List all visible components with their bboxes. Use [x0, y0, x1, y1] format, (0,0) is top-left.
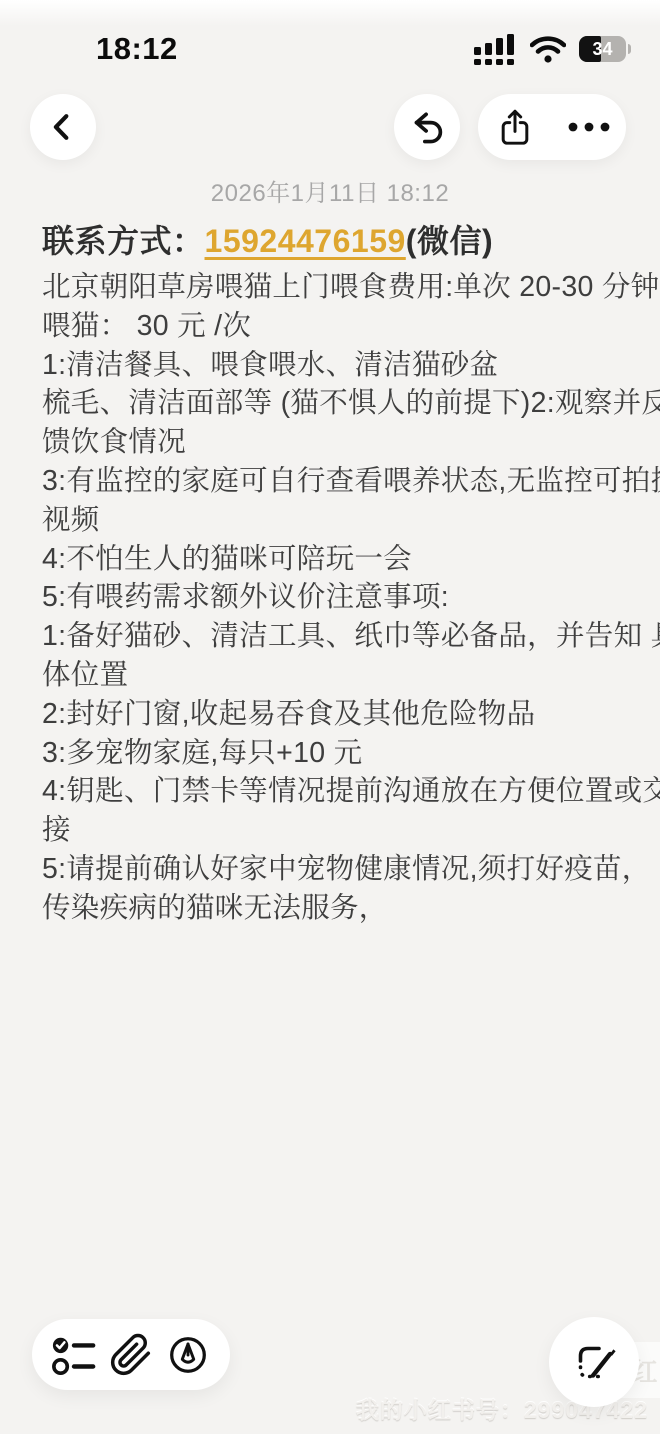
- status-time: 18:12: [96, 31, 178, 67]
- note-line: 传染疾病的猫咪无法服务，: [42, 889, 630, 928]
- share-button[interactable]: [478, 94, 552, 160]
- note-line: 北京朝阳草房喂猫上门喂食费用:单次 20-30 分钟: [42, 268, 630, 307]
- status-bar-icons: 34: [473, 33, 626, 65]
- cellular-signal-icon: [473, 33, 517, 65]
- battery-nub: [628, 44, 632, 54]
- markup-button[interactable]: [162, 1325, 214, 1385]
- compose-button[interactable]: [549, 1317, 639, 1407]
- contact-phone-link[interactable]: 15924476159: [205, 223, 406, 259]
- notes-app-screen: 18:12 34: [0, 0, 660, 1434]
- battery-percent: 34: [579, 36, 626, 62]
- note-line: 接: [42, 811, 630, 850]
- more-button[interactable]: [552, 94, 626, 160]
- wifi-icon: [530, 36, 566, 63]
- contact-line: 联系方式：15924476159(微信): [42, 216, 630, 262]
- note-line: 喂猫： 30 元 /次: [42, 307, 630, 346]
- battery-icon: 34: [579, 36, 626, 62]
- chevron-left-icon: [43, 107, 83, 147]
- undo-button[interactable]: [394, 94, 460, 160]
- actions-pill: [478, 94, 626, 160]
- undo-icon: [406, 106, 448, 148]
- note-line: 1:清洁餐具、喂食喂水、清洁猫砂盆: [42, 346, 630, 385]
- note-line: 梳毛、清洁面部等 (猫不惧人的前提下)2:观察并反: [42, 384, 630, 423]
- attachment-button[interactable]: [105, 1325, 157, 1385]
- back-button[interactable]: [30, 94, 96, 160]
- ellipsis-icon: [567, 121, 611, 133]
- bottom-toolbar: [32, 1319, 230, 1390]
- note-line: 2:封好门窗,收起易吞食及其他危险物品: [42, 695, 630, 734]
- paperclip-icon: [109, 1333, 153, 1377]
- compose-icon: [570, 1338, 618, 1386]
- note-line: 3:多宠物家庭,每只+10 元: [42, 734, 630, 773]
- note-line: 馈饮食情况: [42, 423, 630, 462]
- note-line: 1:备好猫砂、清洁工具、纸巾等必备品，并告知 具: [42, 617, 630, 656]
- note-line: 4:钥匙、门禁卡等情况提前沟通放在方便位置或交: [42, 772, 630, 811]
- contact-wechat-suffix: (微信): [406, 223, 493, 259]
- contact-label: 联系方式：: [42, 223, 205, 259]
- note-line: 视频: [42, 501, 630, 540]
- checklist-icon: [51, 1332, 97, 1378]
- note-date: 2026年1月11日 18:12: [0, 173, 660, 208]
- share-icon: [494, 105, 536, 149]
- note-line: 体位置: [42, 656, 630, 695]
- note-body: 北京朝阳草房喂猫上门喂食费用:单次 20-30 分钟喂猫： 30 元 /次1:清…: [42, 268, 630, 928]
- note-line: 4:不怕生人的猫咪可陪玩一会: [42, 540, 630, 579]
- top-fade: [0, 0, 660, 26]
- note-line: 5:请提前确认好家中宠物健康情况,须打好疫苗， 有: [42, 850, 630, 889]
- note-line: 5:有喂药需求额外议价注意事项:: [42, 578, 630, 617]
- note-line: 3:有监控的家庭可自行查看喂养状态,无监控可拍摄: [42, 462, 630, 501]
- markup-pen-icon: [165, 1332, 211, 1378]
- checklist-button[interactable]: [48, 1325, 100, 1385]
